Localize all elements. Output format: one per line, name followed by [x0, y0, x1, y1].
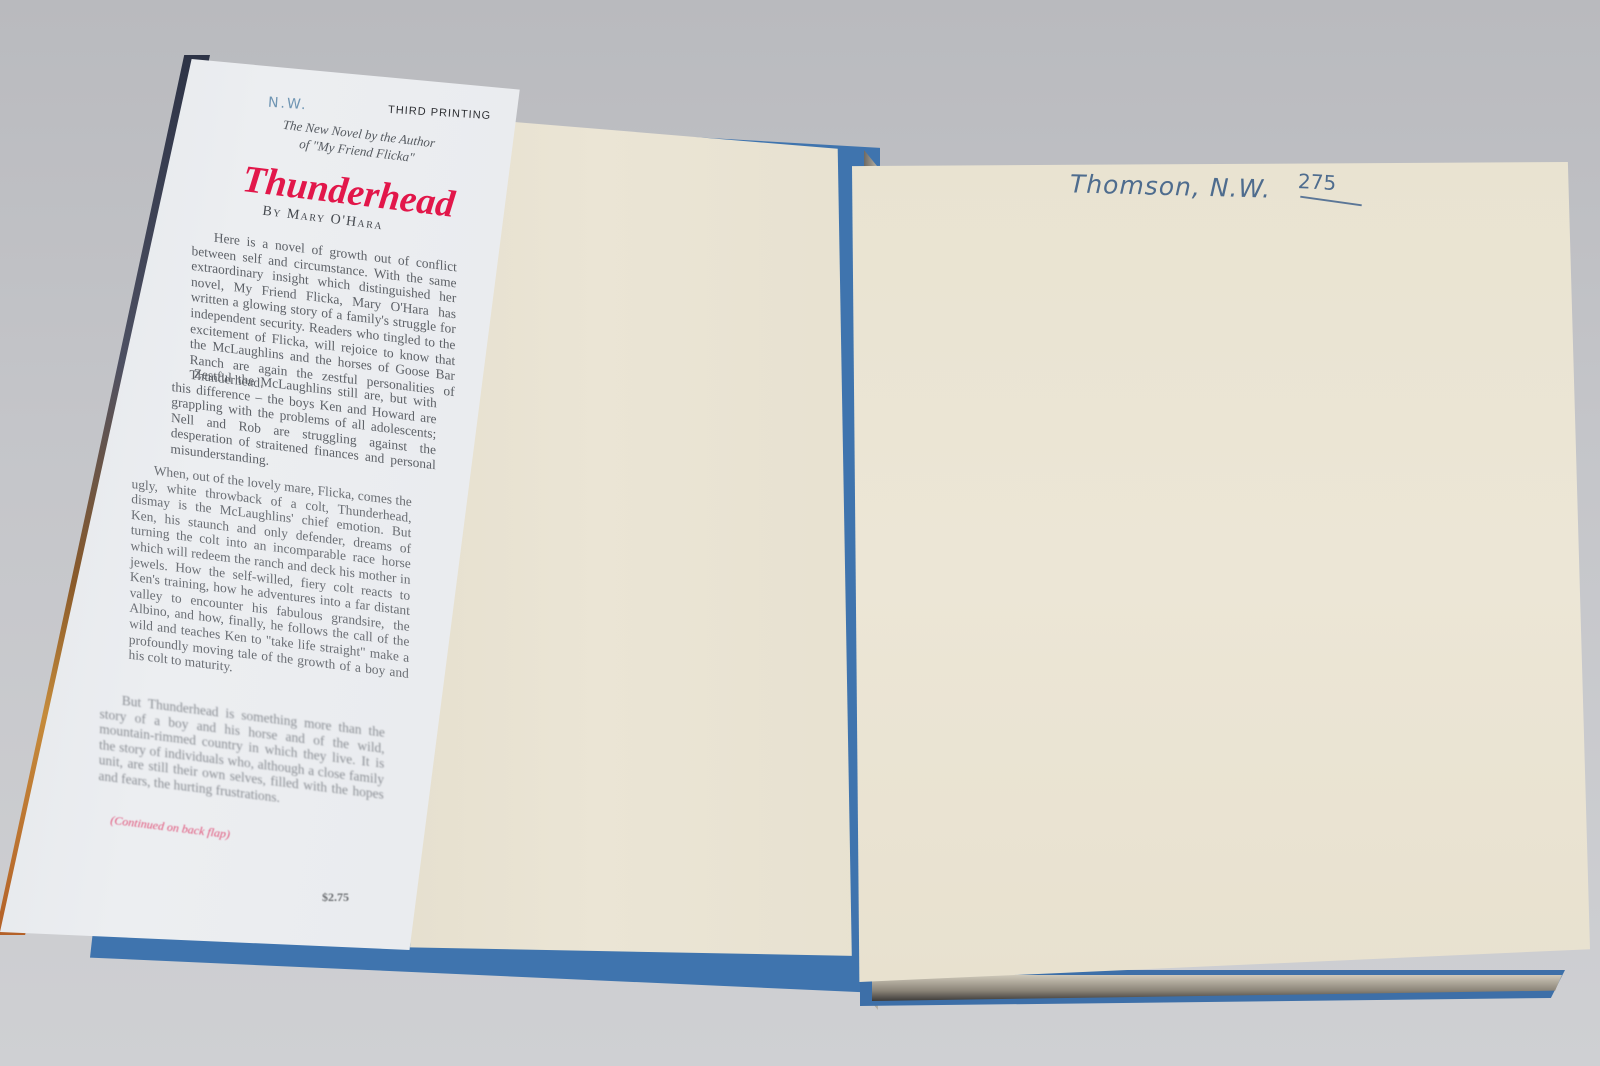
flap-text: N.W. THIRD PRINTING The New Novel by the…: [0, 0, 600, 1000]
handwritten-pencil-price: 275: [1297, 169, 1336, 195]
printing-label: THIRD PRINTING: [388, 104, 492, 122]
jacket-price: $2.75: [322, 890, 349, 905]
photo-scene: Thomson, N.W. 275 N.W. THIRD PRINTING Th…: [0, 0, 1600, 1066]
handwritten-owner-name: Thomson, N.W.: [1070, 169, 1272, 203]
continued-note: (Continued on back flap): [110, 813, 231, 843]
blurb-paragraph-4: But Thunderhead is something more than t…: [98, 690, 385, 821]
blurb-paragraph-3: When, out of the lovely mare, Flicka, co…: [128, 460, 412, 700]
flap-stamp: N.W.: [267, 95, 308, 114]
right-flyleaf-page: [852, 162, 1590, 982]
